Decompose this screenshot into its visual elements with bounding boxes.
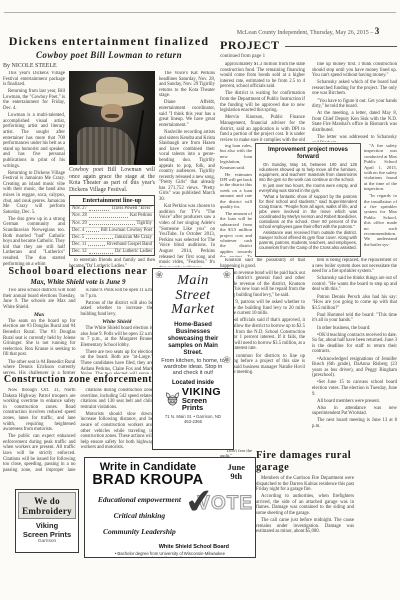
construction-headline: Construction zone enforcement — [3, 374, 153, 385]
paragraph: •OK'd teaching contracts received to dat… — [312, 333, 397, 355]
construction-col1: Now through Oct. 31, North Dakota Highwa… — [3, 388, 76, 472]
project-continued-note: continued from page 1 — [220, 54, 397, 59]
project-wrap-left: ing loan rules, but also with the new lo… — [220, 143, 252, 257]
paragraph: This year's Dickens Village Festival ent… — [3, 71, 65, 88]
dickens-middle-column: Cowboy poet Bill Lowman will once again … — [69, 71, 155, 267]
max-text: The seats on the board up for election a… — [3, 319, 76, 374]
microphone-stand — [134, 111, 145, 165]
max-subheader: Max — [3, 312, 76, 318]
paragraph: Two area school districts will hold thei… — [3, 288, 76, 310]
article-dickens: Dickens entertainment finalized Cowboy p… — [3, 34, 215, 267]
paragraph: • Master's degree from Indiana Universit… — [85, 556, 255, 558]
embroidery-line1: We do — [19, 496, 75, 506]
paragraph: The district is waiting for confirmation… — [220, 91, 305, 113]
entertainment-lineup-box: Entertainment line-up Nov. 27Travis Powe… — [69, 195, 155, 256]
cowboy-mustache — [105, 114, 119, 118]
page-top-rule — [4, 12, 396, 13]
paragraph: Now through Oct. 31, North Dakota Highwa… — [3, 388, 76, 433]
paragraph: tem is being replaced, the replacement o… — [312, 258, 397, 275]
viking-phone: 463-2366 — [155, 419, 231, 424]
cowboy-face — [101, 104, 123, 122]
cowboy-poet-photo — [69, 71, 155, 165]
fire-body: Members of the Garrison Fire Department … — [256, 476, 354, 535]
paragraph: Diane Affeldt, entertainment coordinator… — [159, 100, 215, 128]
cowboy-torso — [77, 127, 135, 165]
improvement-box-text: On Sunday, May 16, between 100 and 125 v… — [259, 163, 357, 251]
lineup-title: Entertainment line-up — [70, 196, 154, 206]
paragraph: "In regards to the installation of a fir… — [364, 193, 397, 247]
newspaper-page: McLean County Independent, Thursday, May… — [0, 0, 400, 600]
paragraph: Kat Perkins was chosen to audition for T… — [159, 204, 215, 267]
paragraph: On Sunday, May 16, between 100 and 125 v… — [259, 163, 357, 183]
school-board-col2: is June 9. Polls will be open 11 a.m. to… — [81, 288, 154, 374]
paragraph: is June 9. Polls will be open 11 a.m. to… — [81, 288, 154, 299]
school-board-subhead: Max, White Shield vote is June 9 — [3, 278, 153, 286]
article-school-board: School board elections near Max, White S… — [3, 266, 153, 374]
flourish-icon: ❀ — [155, 270, 163, 281]
project-colA2: line up money first. I think constructio… — [312, 62, 397, 142]
paragraph: Lowman is a multi-talented, accomplished… — [3, 113, 65, 169]
paragraph: Scharosky asked which of the board had r… — [312, 80, 397, 97]
masthead-text: McLean County Independent, Thursday, May… — [237, 30, 373, 36]
paragraph: Returning from last year, Bill Lowman, t… — [3, 89, 65, 111]
paragraph: "A fire safety inspection was conducted … — [364, 143, 397, 192]
paragraph: In other business, the board: — [312, 326, 397, 332]
main-street-market-ad: ❀ ❀ ❀ Main Street Market Home-Based Busi… — [152, 268, 234, 450]
paragraph: The Voice's Kat Perkins headlines Saturd… — [159, 71, 215, 99]
paragraph: Returning to Dickens Village Festival is… — [3, 171, 65, 216]
project-headline: PROJECT — [220, 38, 280, 53]
lineup-row: Dec. 4Bill Lowman Cowboy Poet — [70, 228, 154, 235]
paragraph: Members of the Garrison Fire Department … — [256, 476, 354, 493]
viking-mascot-icon — [165, 391, 180, 408]
embroidery-brand2: Screen Prints — [18, 531, 76, 540]
paragraph: Educational empowerment — [85, 496, 194, 505]
paragraph: The call came just before midnight. The … — [256, 518, 354, 535]
paragraph: ing loan rules, but also with the new lo… — [220, 143, 252, 170]
paragraph: Mervin Knutson, Public Finance Managemen… — [220, 115, 305, 142]
paragraph: Assistance was received from outside the… — [259, 231, 357, 251]
main-street-subtitle: Home-Based Businesses showcasing their s… — [155, 321, 231, 356]
school-board-headline: School board elections near — [3, 266, 153, 277]
paragraph: citations during construction zone overt… — [81, 388, 154, 410]
fire-headline: Fire damages rural garage — [256, 450, 354, 473]
paragraph: According to authorities, when firefight… — [256, 494, 354, 516]
main-street-body: From kitchen, to home, to wardrobe ideas… — [155, 358, 231, 377]
paragraph: The public can expect enhanced enforceme… — [3, 434, 76, 472]
kroupa-board-label: White Shield School Board — [85, 544, 255, 550]
lineup-row: Dec. 5Jamaican Me Crazy — [70, 235, 154, 242]
school-board-col1: Two area school districts will hold thei… — [3, 288, 76, 374]
located-inside-label: Located inside — [155, 380, 231, 386]
cowboy-hat-crown — [96, 77, 129, 95]
white-shield-subheader: White Shield — [81, 319, 154, 325]
checkmark-icon: ✔ — [183, 481, 216, 524]
lineup-row: Dec. 12Da' Lutheric Ladies — [70, 249, 154, 255]
improvement-box-title: Improvement project moves forward — [259, 147, 357, 161]
paragraph: All board members were present. — [312, 399, 397, 405]
improvement-project-box: Improvement project moves forward On Sun… — [255, 143, 361, 257]
project-colA1: approximately $1.3 million from the stat… — [220, 62, 305, 142]
paragraph: There are two seats up for election on t… — [81, 350, 154, 374]
dickens-column-1: This year's Dickens Village Festival ent… — [3, 71, 65, 267]
paragraph: The other seat is #4 Benedict Rural wher… — [3, 360, 76, 374]
paragraph: The amount of the loan will be subtracte… — [220, 211, 252, 257]
white-shield-text: The White Shield board election is also … — [81, 326, 154, 374]
kroupa-bullets: • Bachelor degree from University of Wis… — [85, 551, 255, 558]
main-street-title: Main Street Market — [155, 274, 231, 318]
paragraph: •Acknowledged resignations of Jennifer B… — [312, 357, 397, 379]
vote-date: June 9th — [228, 463, 245, 481]
paragraph: Patron Dennis Persch also had his say: "… — [312, 295, 397, 312]
vote-graphic: June 9th VOTE ✔ — [183, 463, 253, 515]
lineup-row: Nov. 27Travis Powell "Elvis" — [70, 206, 154, 213]
paragraph: At the meeting, a letter, dated May 8, f… — [312, 111, 397, 133]
lineup-row: Nov. 28Kat Perkins — [70, 213, 154, 220]
paragraph: line up money first. I think constructio… — [312, 62, 397, 79]
paragraph: approximately $1.3 million from the stat… — [220, 62, 305, 90]
project-colB2: tem is being replaced, the replacement o… — [312, 258, 397, 446]
dickens-subhead: Cowboy poet Bill Lowman to return — [3, 50, 215, 60]
school-board-intro: Two area school districts will hold thei… — [3, 288, 76, 310]
paragraph: He estimates DPI will get back to the di… — [220, 172, 252, 210]
embroidery-city: Garrison — [18, 539, 76, 544]
kroupa-points: Educational empowermentCritical thinking… — [85, 496, 194, 537]
paragraph: Critical thinking — [85, 512, 194, 521]
school-board-col2-top: is June 9. Polls will be open 11 a.m. to… — [81, 288, 154, 317]
kroupa-campaign-ad: June 9th VOTE ✔ Write in Candidate BRAD … — [84, 457, 256, 558]
paragraph: The letter was addressed to Scharosky an… — [312, 135, 397, 142]
paragraph: Nashville recording artists and sisters … — [159, 130, 215, 203]
paragraph: Community Leadership — [85, 528, 194, 537]
dickens-column-3: The Voice's Kat Perkins headlines Saturd… — [159, 71, 215, 267]
paragraph: The next board meeting is June 13 at 8 p… — [312, 418, 397, 429]
dickens-headline: Dickens entertainment finalized — [3, 34, 215, 49]
embroidery-line2: Embroidery — [19, 506, 75, 516]
main-street-title-1: Main — [155, 274, 231, 289]
paragraph: Also in attendance was new superintenden… — [312, 406, 397, 417]
paragraph: In just over two hours, the rooms were e… — [259, 184, 357, 194]
main-street-title-3: Market — [155, 303, 231, 318]
flourish-icon: ❀ — [223, 270, 231, 281]
paragraph: Paul Hummel told the board: "This time i… — [312, 313, 397, 324]
paragraph: Patrons of the district will also be ask… — [81, 301, 154, 318]
dickens-byline: By NICOLE STEELE — [3, 63, 215, 69]
vote-date-day: 9th — [228, 472, 245, 481]
lineup-rows: Nov. 27Travis Powell "Elvis"Nov. 28Kat P… — [70, 206, 154, 255]
photo-caption: Cowboy poet Bill Lowman will once again … — [69, 167, 155, 193]
paragraph: "You have to figure it out. Get your han… — [312, 99, 397, 110]
lineup-row: Dec. 11Riverband Gospel Band — [70, 242, 154, 249]
flourish-icon: ❀ — [223, 355, 231, 366]
paragraph: The seats on the board up for election a… — [3, 319, 76, 358]
paragraph: Motorists should slow down, increase fol… — [81, 412, 154, 451]
masthead: McLean County Independent, Thursday, May… — [220, 26, 396, 36]
main-street-title-2: Street — [155, 289, 231, 304]
embroidery-ad: We do Embroidery Viking Screen Prints Ga… — [15, 489, 79, 553]
paragraph: Scharosky said he thinks things are out … — [312, 276, 397, 293]
paragraph: The duo grew up in a strong German commu… — [3, 217, 65, 267]
paragraph: The White Shield board election is also … — [81, 326, 154, 348]
paragraph: "What a fantastic show of support by the… — [259, 195, 357, 229]
viking-brand-prints: Prints — [182, 404, 221, 412]
article-fire: Fire damages rural garage Members of the… — [256, 448, 354, 536]
project-wrap-right: "A fire safety inspection was conducted … — [364, 143, 397, 257]
page-number: 3 — [375, 26, 380, 36]
lineup-row: Nov. 29Tigirlily — [70, 221, 154, 228]
paragraph: •Set June 15 to canvass school board ele… — [312, 380, 397, 397]
project-rule — [285, 46, 397, 47]
embroidery-ad-header: We do Embroidery — [18, 492, 76, 519]
